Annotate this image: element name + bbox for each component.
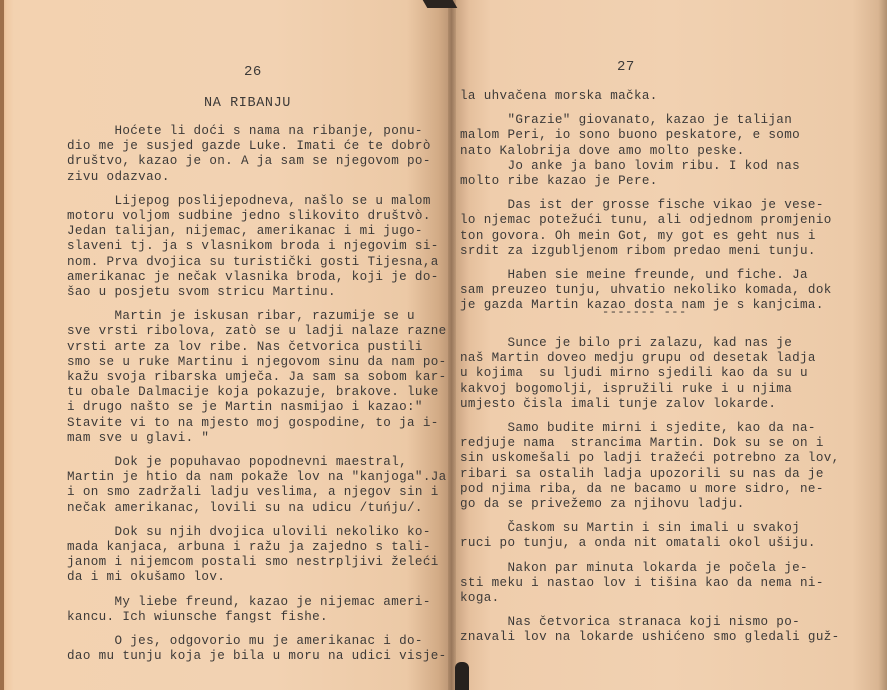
left-page-body: Hoćete li doći s nama na ribanje, ponu-d… [67,124,447,665]
page-number: 26 [244,64,262,80]
paragraph: My liebe freund, kazao je nijemac ameri-… [67,595,447,625]
text-line: ton govora. Oh mein Got, my got es geht … [460,229,832,244]
text-line: nom. Prva dvojica su turistički gosti Ti… [67,255,447,270]
paragraph: O jes, odgovorio mu je amerikanac i do-d… [67,634,447,664]
text-line: Lijepog poslijepodneva, našlo se u malom [67,194,447,209]
text-line: kažu svoja ribarska umječa. Ja sam sa so… [67,370,447,385]
text-line: Hoćete li doći s nama na ribanje, ponu- [67,124,447,139]
paragraph: Das ist der grosse fische vikao je vese-… [460,198,832,259]
right-page-body-top: la uhvačena morska mačka. "Grazie" giova… [460,89,832,314]
text-line: sve vrsti ribolova, zatò se u ladji nala… [67,324,447,339]
paragraph: Sunce je bilo pri zalazu, kad nas jenaš … [460,336,840,412]
text-line: naš Martin doveo medju grupu od desetak … [460,351,840,366]
chapter-title: NA RIBANJU [204,96,291,111]
text-line: tu obale Dalmacije koja pokazuje, brakov… [67,385,447,400]
text-line: amerikanac je nečak vlasnika broda, koji… [67,270,447,285]
text-line: mada kanjaca, arbuna i ražu ja zajedno s… [67,540,447,555]
text-line: My liebe freund, kazao je nijemac ameri- [67,595,447,610]
right-page: 27 la uhvačena morska mačka. "Grazie" gi… [452,0,887,690]
text-line: janom i nijemcom postali smo nestrpljivi… [67,555,447,570]
spine-shadow-bottom [455,662,469,690]
paragraph: la uhvačena morska mačka. [460,89,832,104]
text-line: Sunce je bilo pri zalazu, kad nas je [460,336,840,351]
text-line: slaveni tj. ja s vlasnikom broda i njego… [67,239,447,254]
paragraph: Hoćete li doći s nama na ribanje, ponu-d… [67,124,447,185]
text-line: i drugo našto se je Martin nasmijao i ka… [67,400,447,415]
text-line: go da se privežemo za njihovu ladju. [460,497,840,512]
text-line: Nas četvorica stranaca koji nismo po- [460,615,840,630]
text-line: pod njima riba, da ne bacamo u more sidr… [460,482,840,497]
right-page-body-bottom: Sunce je bilo pri zalazu, kad nas jenaš … [460,336,840,646]
text-line: Haben sie meine freunde, und fiche. Ja [460,268,832,283]
text-line: nato Kalobrija dove amo molto peske. [460,144,832,159]
paragraph: Nakon par minuta lokarda je počela je-st… [460,561,840,607]
text-line: redjuje nama strancima Martin. Dok su se… [460,436,840,451]
text-line: la uhvačena morska mačka. [460,89,832,104]
text-line: sam preuzeo tunju, uhvatio nekoliko koma… [460,283,832,298]
text-line: Jedan talijan, nijemac, amerikanac i mi … [67,224,447,239]
text-line: molto ribe kazao je Pere. [460,174,832,189]
book-spine [448,0,456,690]
text-line: znavali lov na lokarde ushićeno smo gled… [460,630,840,645]
text-line: sti meku i nastao lov i tišina kao da ne… [460,576,840,591]
text-line: ruci po tunju, a onda nit omatali okol u… [460,536,840,551]
text-line: vrsti arte za lov ribe. Nas četvorica pu… [67,340,447,355]
paragraph: "Grazie" giovanato, kazao je talijanmalo… [460,113,832,189]
text-line: Nakon par minuta lokarda je počela je- [460,561,840,576]
text-line: malom Peri, io sono buono peskatore, e s… [460,128,832,143]
text-line: Stavite vi to na mjesto moj gospodine, t… [67,416,447,431]
text-line: ribari sa ostalih ladja upozorili su nas… [460,467,840,482]
section-divider: ------- --- [602,305,687,319]
text-line: Jo anke ja bano lovim ribu. I kod nas [460,159,832,174]
text-line: O jes, odgovorio mu je amerikanac i do- [67,634,447,649]
text-line: u kojima su ljudi mirno sjedili kao da s… [460,366,840,381]
text-line: sin uskomešali po ladji tražeći potrebno… [460,451,840,466]
paragraph: Dok su njih dvojica ulovili nekoliko ko-… [67,525,447,586]
paragraph: Dok je popuhavao popodnevni maestral,Mar… [67,455,447,516]
text-line: lo njemac potežući tunu, ali odjednom pr… [460,213,832,228]
text-line: Martin je iskusan ribar, razumije se u [67,309,447,324]
text-line: "Grazie" giovanato, kazao je talijan [460,113,832,128]
left-page: 26 NA RIBANJU Hoćete li doći s nama na r… [0,0,452,690]
text-line: zivu odazvao. [67,170,447,185]
text-line: Samo budite mirni i sjedite, kao da na- [460,421,840,436]
paragraph: Martin je iskusan ribar, razumije se usv… [67,309,447,446]
text-line: Das ist der grosse fische vikao je vese- [460,198,832,213]
text-line: motoru voljom sudbine jedno slikovito dr… [67,209,447,224]
text-line: šao u posjetu svom stricu Martinu. [67,285,447,300]
text-line: Martin je htio da nam pokaže lov na "kan… [67,470,447,485]
text-line: srdit za izgubljenom ribom predao meni t… [460,244,832,259]
text-line: smo se u ruke Martinu i njegovom sinu da… [67,355,447,370]
text-line: nečak amerikanac, lovili su na udicu /tu… [67,501,447,516]
paragraph: Časkom su Martin i sin imali u svakojruc… [460,521,840,551]
paragraph: Samo budite mirni i sjedite, kao da na-r… [460,421,840,512]
text-line: dao mu tunju koja je bila u moru na udic… [67,649,447,664]
paragraph: Nas četvorica stranaca koji nismo po-zna… [460,615,840,645]
text-line: kancu. Ich wiunsche fangst fishe. [67,610,447,625]
text-line: koga. [460,591,840,606]
text-line: Časkom su Martin i sin imali u svakoj [460,521,840,536]
text-line: društvo, kazao je on. A ja sam se njegov… [67,154,447,169]
text-line: umjesto čisla imali tunje zalov lokarde. [460,397,840,412]
text-line: da i mi okušamo lov. [67,570,447,585]
spine-shadow-top [423,0,458,8]
text-line: kakvoj bogomolji, ispružili ruke i u nji… [460,382,840,397]
text-line: Dok su njih dvojica ulovili nekoliko ko- [67,525,447,540]
page-number: 27 [617,59,635,75]
paragraph: Lijepog poslijepodneva, našlo se u malom… [67,194,447,300]
text-line: mam sve u glavi. " [67,431,447,446]
text-line: i on smo zadržali ladju veslima, a njego… [67,485,447,500]
text-line: dio me je susjed gazde Luke. Imati će te… [67,139,447,154]
text-line: Dok je popuhavao popodnevni maestral, [67,455,447,470]
